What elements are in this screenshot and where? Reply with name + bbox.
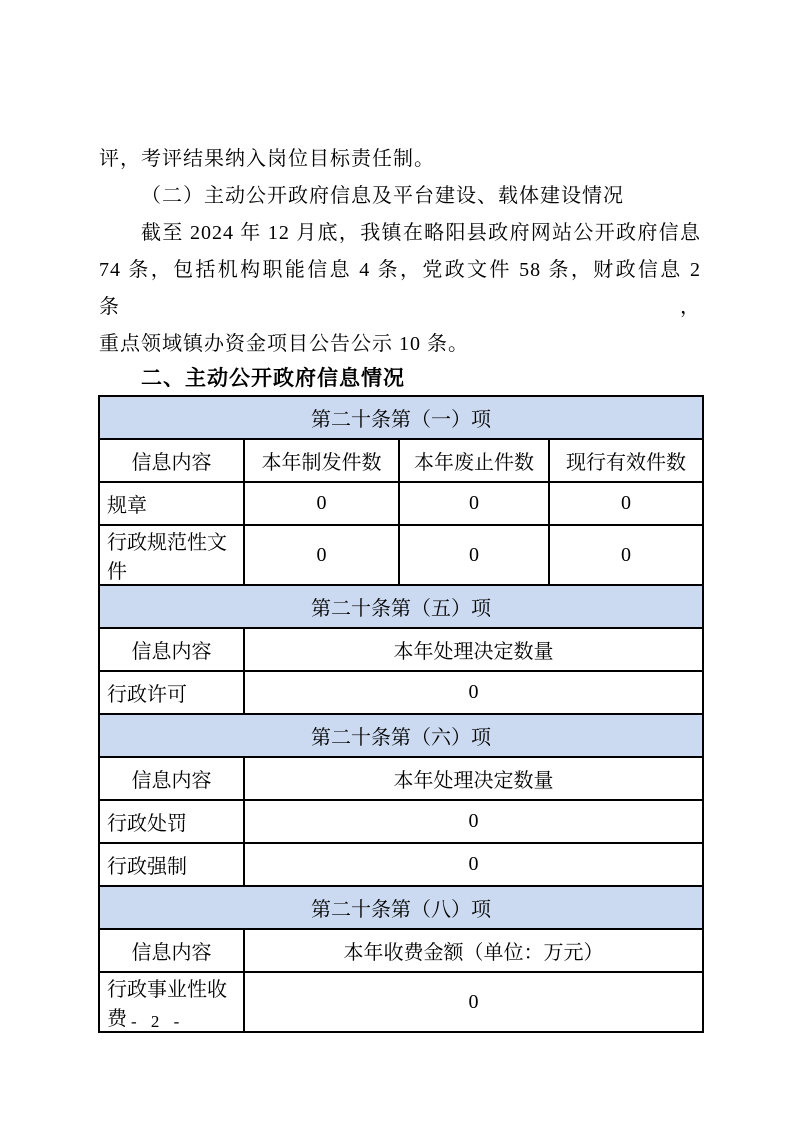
table-row: 第二十条第（五）项 xyxy=(99,585,703,628)
paragraph-line: 74 条，包括机构职能信息 4 条，党政文件 58 条，财政信息 2 条， xyxy=(99,252,701,326)
column-header: 本年处理决定数量 xyxy=(244,757,703,800)
table-row: 规章 0 0 0 xyxy=(99,482,703,525)
table-row: 第二十条第（一）项 xyxy=(99,396,703,439)
cell-value: 0 xyxy=(244,972,703,1032)
row-label: 行政规范性文件 xyxy=(99,525,244,585)
column-header: 信息内容 xyxy=(99,929,244,972)
column-header: 本年收费金额（单位：万元） xyxy=(244,929,703,972)
cell-value: 0 xyxy=(244,671,703,714)
table-row: 行政许可 0 xyxy=(99,671,703,714)
body-text-block: 评，考评结果纳入岗位目标责任制。 （二）主动公开政府信息及平台建设、载体建设情况… xyxy=(99,141,701,363)
table-row: 信息内容 本年处理决定数量 xyxy=(99,757,703,800)
page-content: 评，考评结果纳入岗位目标责任制。 （二）主动公开政府信息及平台建设、载体建设情况… xyxy=(99,141,701,1033)
cell-value: 0 xyxy=(244,482,399,525)
page-number: - 2 - xyxy=(131,1012,182,1032)
table-row: 第二十条第（六）项 xyxy=(99,714,703,757)
row-label: 行政处罚 xyxy=(99,800,244,843)
cell-value: 0 xyxy=(399,525,549,585)
column-header: 本年废止件数 xyxy=(399,439,549,482)
column-header: 现行有效件数 xyxy=(549,439,703,482)
table-row: 信息内容 本年收费金额（单位：万元） xyxy=(99,929,703,972)
column-header: 信息内容 xyxy=(99,757,244,800)
table-row: 信息内容 本年制发件数 本年废止件数 现行有效件数 xyxy=(99,439,703,482)
table-row: 行政规范性文件 0 0 0 xyxy=(99,525,703,585)
table-row: 信息内容 本年处理决定数量 xyxy=(99,628,703,671)
cell-value: 0 xyxy=(549,525,703,585)
table-row: 行政强制 0 xyxy=(99,843,703,886)
paragraph-line: （二）主动公开政府信息及平台建设、载体建设情况 xyxy=(99,178,701,215)
table-row: 行政事业性收费 0 xyxy=(99,972,703,1032)
disclosure-table: 第二十条第（一）项 信息内容 本年制发件数 本年废止件数 现行有效件数 规章 0… xyxy=(98,395,704,1033)
row-label: 行政许可 xyxy=(99,671,244,714)
cell-value: 0 xyxy=(244,525,399,585)
paragraph-line: 截至 2024 年 12 月底，我镇在略阳县政府网站公开政府信息 xyxy=(99,215,701,252)
column-header: 本年处理决定数量 xyxy=(244,628,703,671)
table-section-header: 第二十条第（一）项 xyxy=(99,396,703,439)
column-header: 信息内容 xyxy=(99,439,244,482)
row-label: 行政强制 xyxy=(99,843,244,886)
column-header: 本年制发件数 xyxy=(244,439,399,482)
table-section-header: 第二十条第（八）项 xyxy=(99,886,703,929)
cell-value: 0 xyxy=(399,482,549,525)
paragraph-line: 评，考评结果纳入岗位目标责任制。 xyxy=(99,141,701,178)
table-row: 第二十条第（八）项 xyxy=(99,886,703,929)
cell-value: 0 xyxy=(244,800,703,843)
row-label: 规章 xyxy=(99,482,244,525)
table-row: 行政处罚 0 xyxy=(99,800,703,843)
cell-value: 0 xyxy=(549,482,703,525)
column-header: 信息内容 xyxy=(99,628,244,671)
section-heading: 二、主动公开政府信息情况 xyxy=(99,363,701,395)
paragraph-line: 重点领域镇办资金项目公告公示 10 条。 xyxy=(99,326,701,363)
document-page: 评，考评结果纳入岗位目标责任制。 （二）主动公开政府信息及平台建设、载体建设情况… xyxy=(0,0,793,1122)
table-section-header: 第二十条第（六）项 xyxy=(99,714,703,757)
table-section-header: 第二十条第（五）项 xyxy=(99,585,703,628)
cell-value: 0 xyxy=(244,843,703,886)
